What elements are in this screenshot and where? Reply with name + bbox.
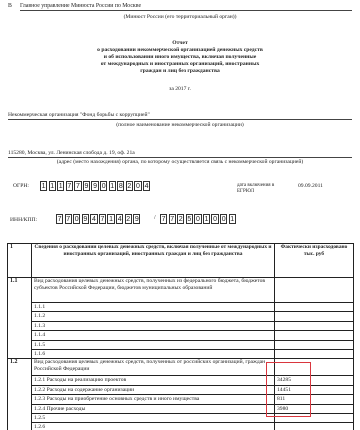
table-row: 1.1.3 xyxy=(8,321,354,330)
inn-digit: 1 xyxy=(107,214,114,224)
inn-kpp-separator: / xyxy=(154,215,156,223)
inn-digit: 9 xyxy=(82,214,89,224)
row-value xyxy=(275,303,354,312)
row-label: 1.2.3 Расходы на приобретение основных с… xyxy=(32,395,275,404)
inn-digit: 7 xyxy=(99,214,106,224)
row-label: 1.1.4 xyxy=(32,331,275,340)
ogrn-label: ОГРН: xyxy=(13,183,29,190)
organization-name: Некоммерческая организация "Фонд борьбы … xyxy=(8,112,352,120)
kpp-field: 7 7 2 5 0 1 0 0 1 xyxy=(160,214,237,224)
inn-digit: 0 xyxy=(73,214,80,224)
row-label: 1.1.2 xyxy=(32,312,275,321)
highlight-box xyxy=(266,362,311,417)
inn-digit: 9 xyxy=(133,214,140,224)
row-value xyxy=(275,340,354,349)
egrul-label: дата включения в ЕГРЮЛ xyxy=(237,183,274,196)
section-1-2-num: 1.2 xyxy=(8,359,32,430)
row-label: 1.1.5 xyxy=(32,340,275,349)
inn-digit: 2 xyxy=(125,214,132,224)
ogrn-digit: 9 xyxy=(83,181,90,191)
table-header-row: 1 Сведения о расходовании целевых денежн… xyxy=(8,244,354,278)
kpp-digit: 7 xyxy=(169,214,176,224)
authority-name: Главное управление Минюста России по Мос… xyxy=(20,3,352,11)
ogrn-digit: 0 xyxy=(134,181,141,191)
section-1-1-row: 1.1 Вид расходования целевых денежных ср… xyxy=(8,278,354,303)
organization-name-caption: (полное наименование некоммерческой орга… xyxy=(0,122,360,129)
row-value xyxy=(275,423,354,430)
row-label: 1.1.6 xyxy=(32,350,275,359)
ogrn-digit: 1 xyxy=(40,181,47,191)
authority-caption: (Минюст России (его территориальный орга… xyxy=(0,14,360,21)
section-1-2-description: Вид расходования целевых денежных средст… xyxy=(32,359,275,376)
section-1-1-num: 1.1 xyxy=(8,278,32,359)
inn-digit: 7 xyxy=(65,214,72,224)
ogrn-field: 1 1 1 7 7 9 9 0 1 8 2 0 4 xyxy=(40,181,152,191)
row-value xyxy=(275,312,354,321)
row-value xyxy=(275,331,354,340)
ogrn-digit: 0 xyxy=(100,181,107,191)
kpp-digit: 1 xyxy=(229,214,236,224)
kpp-digit: 5 xyxy=(186,214,193,224)
row-label: 1.2.5 xyxy=(32,414,275,423)
row-label: 1.1.3 xyxy=(32,321,275,330)
table-row: 1.1.5 xyxy=(8,340,354,349)
kpp-digit: 0 xyxy=(211,214,218,224)
table-row: 1.1.4 xyxy=(8,331,354,340)
row-label: 1.2.2 Расходы на содержание организации xyxy=(32,385,275,394)
row-value xyxy=(275,350,354,359)
section-1-1-description: Вид расходования целевых денежных средст… xyxy=(32,278,275,303)
ogrn-digit: 2 xyxy=(126,181,133,191)
header-value: Фактически израсходовано тыс. руб xyxy=(275,244,354,278)
kpp-digit: 0 xyxy=(194,214,201,224)
table-row: 1.2.6 xyxy=(8,423,354,430)
inn-digit: 4 xyxy=(116,214,123,224)
report-title-line5: граждан и лиц без гражданства xyxy=(0,68,360,75)
row-label: 1.2.4 Прочие расходы xyxy=(32,404,275,413)
kpp-digit: 2 xyxy=(177,214,184,224)
row-label: 1.2.1 Расходы на реализацию проектов xyxy=(32,376,275,385)
ogrn-digit: 4 xyxy=(143,181,150,191)
row-label: 1.1.1 xyxy=(32,303,275,312)
report-title-line2: о расходовании некоммерческой организаци… xyxy=(0,47,360,54)
header-num: 1 xyxy=(8,244,32,278)
report-title-line3: и об использовании иного имущества, вклю… xyxy=(0,54,360,61)
kpp-digit: 0 xyxy=(220,214,227,224)
table-row: 1.1.1 xyxy=(8,303,354,312)
kpp-digit: 1 xyxy=(203,214,210,224)
header-prefix: В xyxy=(8,3,12,10)
report-title: Отчет xyxy=(0,40,360,47)
table-row: 1.1.6 xyxy=(8,350,354,359)
ogrn-digit: 7 xyxy=(74,181,81,191)
inn-kpp-label: ИНН/КПП: xyxy=(10,217,37,224)
ogrn-digit: 1 xyxy=(109,181,116,191)
header-description: Сведения о расходовании целевых денежных… xyxy=(32,244,275,278)
kpp-digit: 7 xyxy=(160,214,167,224)
organization-address: 115280, Москва, ул. Ленинская слобода д.… xyxy=(8,150,352,158)
report-period: за 2017 г. xyxy=(0,86,360,93)
table-row: 1.1.2 xyxy=(8,312,354,321)
ogrn-digit: 7 xyxy=(66,181,73,191)
ogrn-digit: 1 xyxy=(49,181,56,191)
row-label: 1.2.6 xyxy=(32,423,275,430)
section-1-1-value xyxy=(275,278,354,303)
inn-digit: 4 xyxy=(90,214,97,224)
ogrn-digit: 1 xyxy=(57,181,64,191)
inn-field: 7 7 0 9 4 7 1 4 2 9 xyxy=(56,214,142,224)
egrul-date: 09.09.2011 xyxy=(298,183,323,190)
row-value xyxy=(275,321,354,330)
report-title-line4: от международных и иностранных организац… xyxy=(0,61,360,68)
ogrn-digit: 9 xyxy=(91,181,98,191)
inn-digit: 7 xyxy=(56,214,63,224)
egrul-label-line2: ЕГРЮЛ xyxy=(237,189,274,195)
ogrn-digit: 8 xyxy=(117,181,124,191)
organization-address-caption: (адрес (место нахождения) органа, по кот… xyxy=(0,159,360,166)
